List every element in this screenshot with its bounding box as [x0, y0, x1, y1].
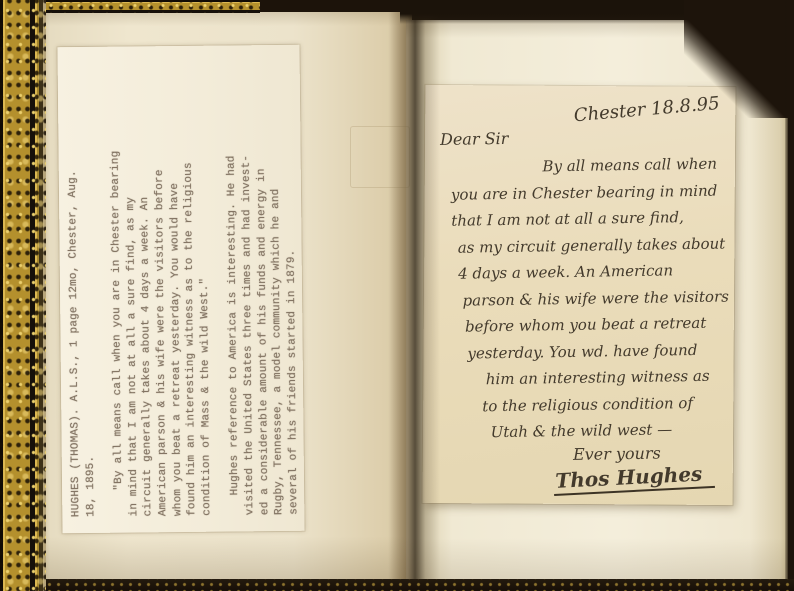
letter-closing: Ever yours — [573, 442, 729, 463]
letter-body-line: parson & his wife were the visitors — [462, 283, 726, 314]
mounted-letter: Chester 18.8.95 Dear Sir By all means ca… — [423, 85, 736, 505]
slip-note-paragraph: Hughes reference to America is interesti… — [224, 55, 302, 516]
letter-content: Chester 18.8.95 Dear Sir By all means ca… — [437, 93, 729, 495]
letter-body-line: Utah & the wild west — — [490, 415, 728, 445]
letter-body-line: to the religious condition of — [482, 389, 728, 419]
letter-body-line: you are in Chester bearing in mind — [451, 177, 725, 208]
letter-body-line: 4 days a week. An American — [458, 256, 726, 287]
letter-body-line: him an interesting witness as — [486, 362, 728, 392]
letter-signature: Thos Hughes — [553, 460, 715, 495]
typed-catalog-slip: HUGHES (THOMAS). A.L.S., 1 page 12mo, Ch… — [57, 45, 304, 534]
slip-heading: HUGHES (THOMAS). A.L.S., 1 page 12mo, Ch… — [65, 57, 99, 517]
letter-body: By all means call when you are in Cheste… — [438, 151, 729, 447]
letter-body-line: as my circuit generally takes about — [458, 230, 726, 261]
letter-body-line: By all means call when — [542, 151, 724, 180]
letter-body-line: yesterday. You wd. have found — [467, 336, 727, 367]
gilt-border-left — [0, 0, 46, 591]
cover-edge-right — [785, 0, 794, 591]
book-spread: HUGHES (THOMAS). A.L.S., 1 page 12mo, Ch… — [0, 0, 794, 591]
cover-edge-bottom — [0, 579, 794, 591]
letter-body-line: before whom you beat a retreat — [465, 309, 727, 340]
ghost-impression — [350, 126, 410, 188]
slip-quote-paragraph: "By all means call when you are in Chest… — [108, 56, 215, 517]
cover-corner-top-right — [684, 0, 794, 118]
